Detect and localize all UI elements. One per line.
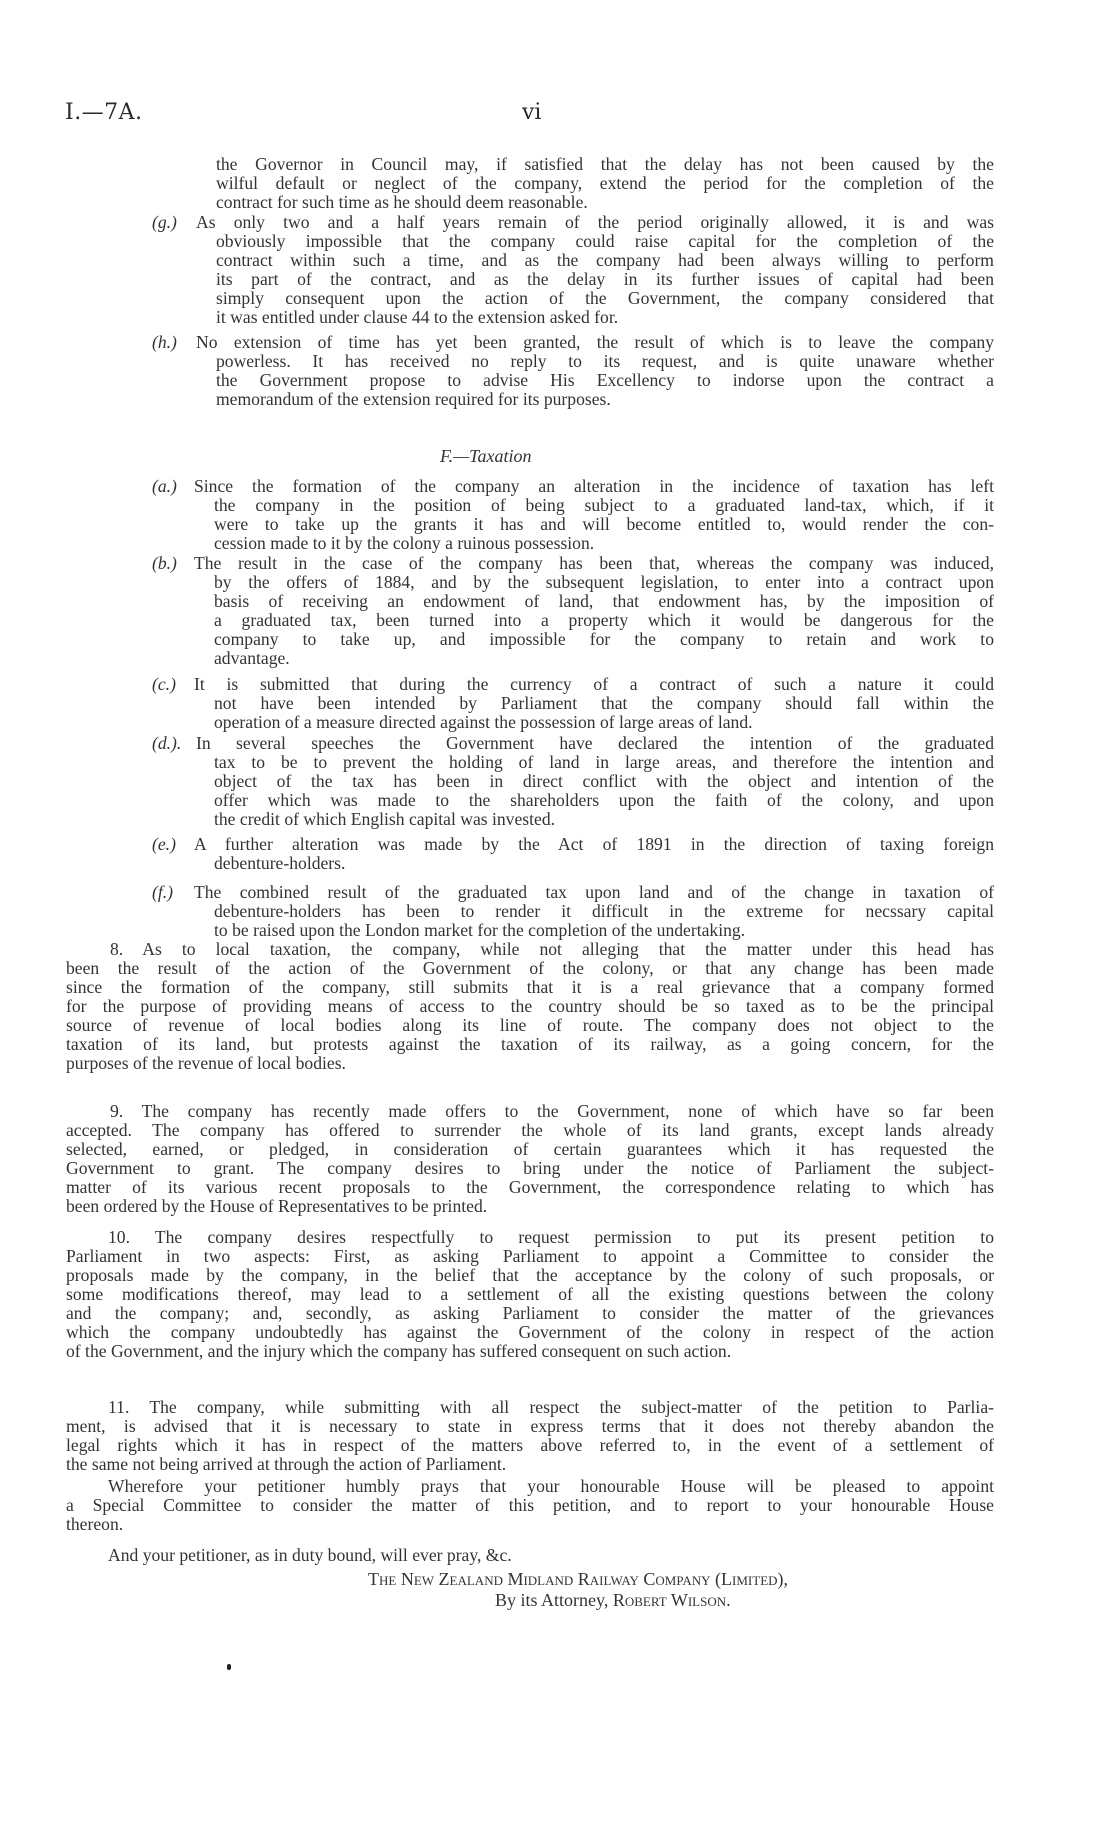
text-line: As only two and a half years remain of t… — [196, 212, 994, 232]
signatory-company: The New Zealand Midland Railway Company … — [368, 1569, 788, 1589]
text-line: proposals made by the company, in the be… — [66, 1265, 994, 1285]
text-line: the credit of which English capital was … — [214, 809, 555, 829]
text-line: contract within such a time, and as the … — [216, 250, 994, 270]
scan-speck — [227, 1664, 231, 1670]
text-line: a Special Committee to consider the matt… — [66, 1495, 994, 1515]
text-line: not have been intended by Parliament tha… — [214, 693, 994, 713]
text-line: the company in the position of being sub… — [214, 495, 994, 515]
text-line: matter of its various recent proposals t… — [66, 1177, 994, 1197]
text-line: to be raised upon the London market for … — [214, 920, 745, 940]
section-heading-taxation: F.—Taxation — [440, 446, 532, 467]
text-line: purposes of the revenue of local bodies. — [66, 1053, 346, 1073]
text-line: operation of a measure directed against … — [214, 712, 753, 732]
text-line: contract for such time as he should deem… — [216, 192, 588, 212]
clause-label: (g.) — [152, 212, 177, 232]
text-line: It is submitted that during the currency… — [194, 674, 994, 694]
text-line: legal rights which it has in respect of … — [66, 1435, 994, 1455]
clause-label: (e.) — [152, 834, 176, 854]
text-line: object of the tax has been in direct con… — [214, 771, 994, 791]
text-line: 11. The company, while submitting with a… — [108, 1397, 994, 1417]
text-line: which the company undoubtedly has agains… — [66, 1322, 994, 1342]
text-line: since the formation of the company, stil… — [66, 977, 994, 997]
text-line: by the offers of 1884, and by the subseq… — [214, 572, 994, 592]
text-line: simply consequent upon the action of the… — [216, 288, 994, 308]
text-line: Wherefore your petitioner humbly prays t… — [108, 1476, 994, 1496]
text-line: A further alteration was made by the Act… — [194, 834, 994, 854]
text-line: and the company; and, secondly, as askin… — [66, 1303, 994, 1323]
text-line: ment, is advised that it is necessary to… — [66, 1416, 994, 1436]
text-line: No extension of time has yet been grante… — [196, 332, 994, 352]
page-number: vi — [522, 100, 541, 125]
text-line: taxation of its land, but protests again… — [66, 1034, 994, 1054]
text-line: 9. The company has recently made offers … — [110, 1101, 994, 1121]
text-line: for the purpose of providing means of ac… — [66, 996, 994, 1016]
text-line: been ordered by the House of Representat… — [66, 1196, 487, 1216]
text-line: source of revenue of local bodies along … — [66, 1015, 994, 1035]
text-line: a graduated tax, been turned into a prop… — [214, 610, 994, 630]
text-line: were to take up the grants it has and wi… — [214, 514, 994, 534]
text-line: Government to grant. The company desires… — [66, 1158, 994, 1178]
text-line: 10. The company desires respectfully to … — [108, 1227, 994, 1247]
text-line: it was entitled under clause 44 to the e… — [216, 307, 618, 327]
text-line: the Governor in Council may, if satisfie… — [216, 154, 994, 174]
text-line: tax to be to prevent the holding of land… — [214, 752, 994, 772]
text-line: The result in the case of the company ha… — [194, 553, 994, 573]
text-line: thereon. — [66, 1514, 123, 1534]
clause-label: (b.) — [152, 553, 177, 573]
text-line: wilful default or neglect of the company… — [216, 173, 994, 193]
clause-label: (h.) — [152, 332, 177, 352]
attorney-name: Robert Wilson. — [613, 1590, 731, 1610]
text-line: powerless. It has received no reply to i… — [216, 351, 994, 371]
text-line: And your petitioner, as in duty bound, w… — [108, 1545, 512, 1565]
text-line: Parliament in two aspects: First, as ask… — [66, 1246, 994, 1266]
text-line: advantage. — [214, 648, 290, 668]
text-line: selected, earned, or pledged, in conside… — [66, 1139, 994, 1159]
text-line: accepted. The company has offered to sur… — [66, 1120, 994, 1140]
text-line: In several speeches the Government have … — [196, 733, 994, 753]
text-line: offer which was made to the shareholders… — [214, 790, 994, 810]
attorney-prefix: By its Attorney, — [495, 1590, 613, 1610]
text-line: the same not being arrived at through th… — [66, 1454, 506, 1474]
text-line: the Government propose to advise His Exc… — [216, 370, 994, 390]
text-line: 8. As to local taxation, the company, wh… — [110, 939, 994, 959]
clause-label: (d.). — [152, 733, 181, 753]
text-line: basis of receiving an endowment of land,… — [214, 591, 994, 611]
text-line: company to take up, and impossible for t… — [214, 629, 994, 649]
text-line: memorandum of the extension required for… — [216, 389, 611, 409]
text-line: The combined result of the graduated tax… — [194, 882, 994, 902]
text-line: of the Government, and the injury which … — [66, 1341, 731, 1361]
document-reference: I.—7A. — [65, 100, 143, 125]
text-line: some modifications thereof, may lead to … — [66, 1284, 994, 1304]
text-line: been the result of the action of the Gov… — [66, 958, 994, 978]
text-line: obviously impossible that the company co… — [216, 231, 994, 251]
text-line: its part of the contract, and as the del… — [216, 269, 994, 289]
clause-label: (a.) — [152, 476, 177, 496]
text-line: debenture-holders has been to render it … — [214, 901, 994, 921]
clause-label: (c.) — [152, 674, 176, 694]
signatory-attorney-line: By its Attorney, Robert Wilson. — [495, 1590, 731, 1610]
clause-label: (f.) — [152, 882, 173, 902]
text-line: cession made to it by the colony a ruino… — [214, 533, 594, 553]
document-page: I.—7A. vi the Governor in Council may, i… — [0, 0, 1114, 1828]
text-line: Since the formation of the company an al… — [194, 476, 994, 496]
text-line: debenture-holders. — [214, 853, 345, 873]
